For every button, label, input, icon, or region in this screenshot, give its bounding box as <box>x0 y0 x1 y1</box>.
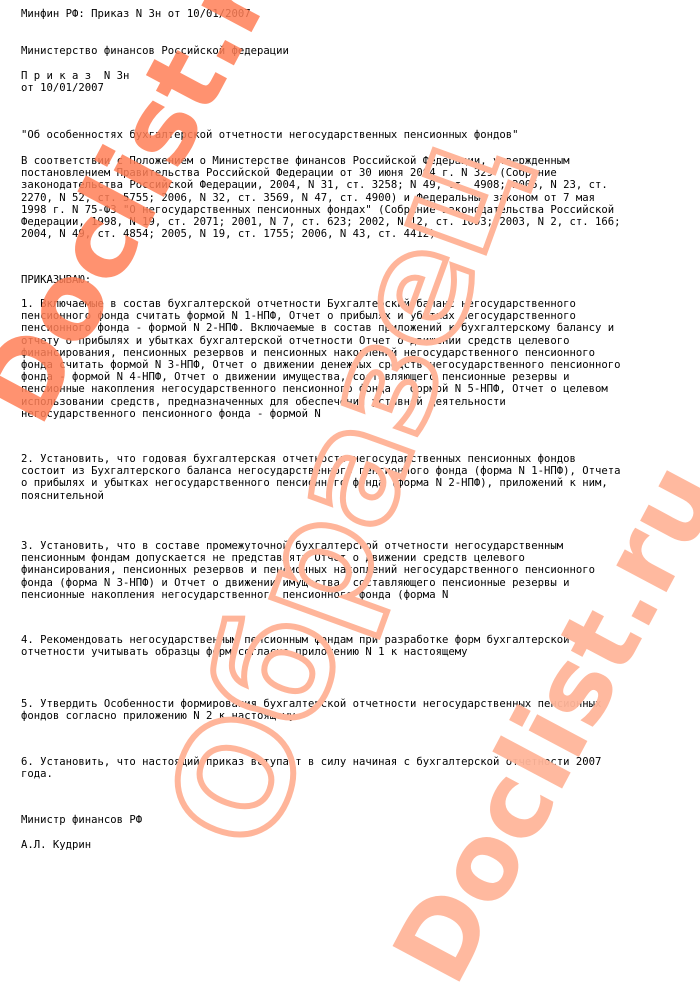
order-item-line: использовании средств, предназначенных д… <box>21 396 506 408</box>
order-label: П р и к а з N 3н <box>21 70 129 82</box>
order-item-line: пенсионные накопления негосударственного… <box>21 589 448 601</box>
order-item-line: 4. Рекомендовать негосударственным пенси… <box>21 634 570 646</box>
preamble-line: В соответствии с Положением о Министерст… <box>21 155 570 167</box>
preamble-line: законодательства Российской Федерации, 2… <box>21 179 608 191</box>
order-date: от 10/01/2007 <box>21 82 104 94</box>
preamble-line: Федерации, 1998, N 19, ст. 2071; 2001, N… <box>21 216 621 228</box>
order-item-line: 3. Установить, что в составе промежуточн… <box>21 540 563 552</box>
order-item-line: 2. Установить, что годовая бухгалтерская… <box>21 453 576 465</box>
ministry-name: Министерство финансов Российской федерац… <box>21 45 289 57</box>
order-word: ПРИКАЗЫВАЮ: <box>21 274 91 286</box>
order-item-line: отчетности учитывать образцы форм соглас… <box>21 646 467 658</box>
preamble-line: 1998 г. N 75-ФЗ "О негосударственных пен… <box>21 204 614 216</box>
order-item-line: пояснительной <box>21 490 104 502</box>
order-item-line: 6. Установить, что настоящий приказ всту… <box>21 756 601 768</box>
order-subject: "Об особенностях бухгалтерской отчетност… <box>21 129 518 141</box>
order-item-line: года. <box>21 768 53 780</box>
order-item-line: финансирования, пенсионных резервов и пе… <box>21 347 595 359</box>
order-item-line: фонда (форма N 3-НПФ) и Отчет о движении… <box>21 577 570 589</box>
order-item-line: фондов согласно приложению N 2 к настоящ… <box>21 710 295 722</box>
order-item-line: состоит из Бухгалтерского баланса негосу… <box>21 465 621 477</box>
order-item-line: пенсионного фонда - формой N 2-НПФ. Вклю… <box>21 322 614 334</box>
preamble-line: постановлением Правительства Российской … <box>21 167 557 179</box>
order-item-line: о прибылях и убытках негосударственного … <box>21 477 608 489</box>
document-page: Минфин РФ: Приказ N 3н от 10/01/2007 Мин… <box>0 0 700 1000</box>
order-item-line: пенсионного фонда считать формой N 1-НПФ… <box>21 310 576 322</box>
order-item-line: фонда считать формой N 3-НПФ, Отчет о дв… <box>21 359 621 371</box>
signature-name: А.Л. Кудрин <box>21 839 91 851</box>
document-title: Минфин РФ: Приказ N 3н от 10/01/2007 <box>21 8 251 20</box>
signature-position: Министр финансов РФ <box>21 814 142 826</box>
order-item-line: пенсионным фондам допускается не предста… <box>21 552 525 564</box>
order-item-line: негосударственного пенсионного фонда - ф… <box>21 408 321 420</box>
order-item-line: финансирования, пенсионных резервов и пе… <box>21 564 595 576</box>
preamble-line: 2270, N 52, ст. 5755; 2006, N 32, ст. 35… <box>21 192 595 204</box>
order-item-line: 5. Утвердить Особенности формирования бу… <box>21 698 601 710</box>
order-item-line: фонда - формой N 4-НПФ, Отчет о движении… <box>21 371 570 383</box>
order-item-line: 1. Включаемые в состав бухгалтерской отч… <box>21 298 576 310</box>
order-item-line: пенсионные накопления негосударственного… <box>21 383 608 395</box>
preamble-line: 2004, N 49, ст. 4854; 2005, N 19, ст. 17… <box>21 228 436 240</box>
order-item-line: отчету о прибылях и убытках бухгалтерско… <box>21 335 570 347</box>
